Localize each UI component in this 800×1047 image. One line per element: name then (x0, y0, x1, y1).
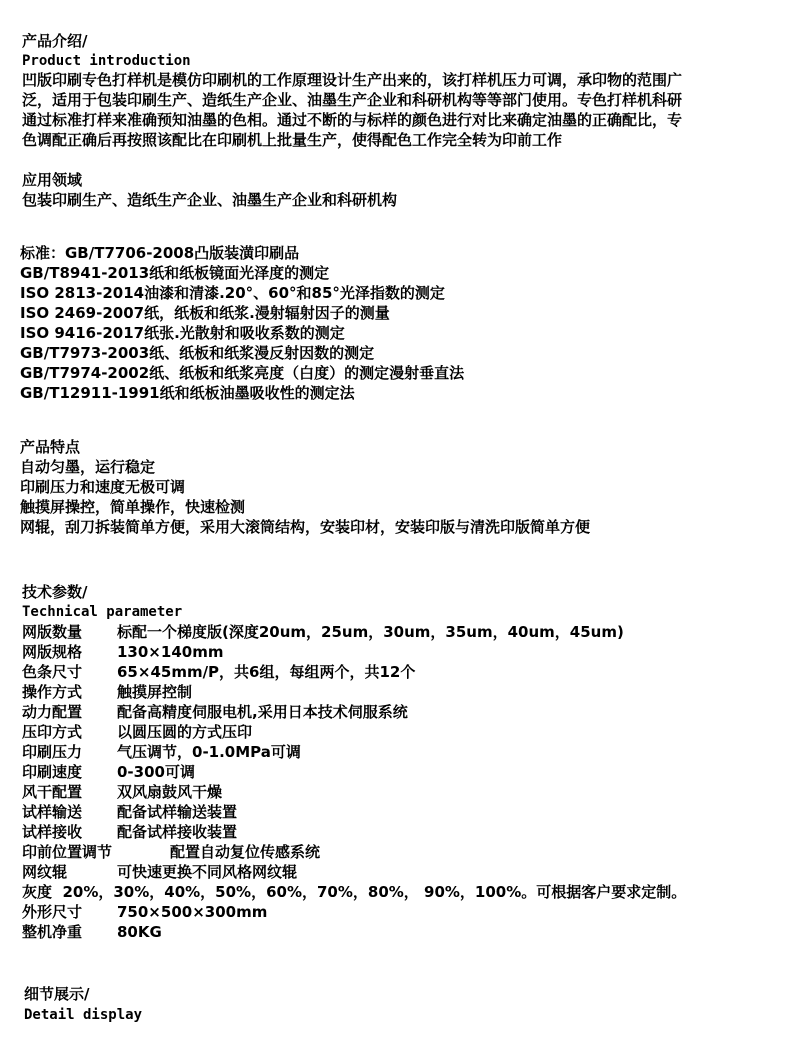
spec-row: 操作方式触摸屏控制 (22, 682, 192, 702)
spec-label: 试样输送 (22, 802, 117, 822)
spec-label: 风干配置 (22, 782, 117, 802)
spec-value: 20%，30%，40%，50%，60%，70%，80%， 90%，100%。可根… (62, 883, 686, 901)
spec-label: 外形尺寸 (22, 902, 117, 922)
spec-value: 65×45mm/P，共6组，每组两个，共12个 (117, 663, 415, 681)
spec-row: 印前位置调节配置自动复位传感系统 (22, 842, 320, 862)
spec-value: 以圆压圆的方式压印 (117, 723, 252, 741)
spec-row: 网纹辊可快速更换不同风格网纹辊 (22, 862, 297, 882)
spec-row: 色条尺寸65×45mm/P，共6组，每组两个，共12个 (22, 662, 415, 682)
spec-label: 网纹辊 (22, 862, 117, 882)
application-text: 包装印刷生产、造纸生产企业、油墨生产企业和科研机构 (22, 190, 397, 210)
intro-paragraph-line: 凹版印刷专色打样机是模仿印刷机的工作原理设计生产出来的，该打样机压力可调，承印物… (22, 70, 682, 90)
spec-row: 试样输送配备试样输送装置 (22, 802, 237, 822)
spec-row: 印刷速度0-300可调 (22, 762, 195, 782)
spec-label: 印刷速度 (22, 762, 117, 782)
detail-heading-en: Detail display (24, 1005, 142, 1025)
standard-line: ISO 9416-2017纸张.光散射和吸收系数的测定 (20, 323, 345, 343)
spec-label: 色条尺寸 (22, 662, 117, 682)
standard-line: GB/T7973-2003纸、纸板和纸浆漫反射因数的测定 (20, 343, 374, 363)
technical-heading-en: Technical parameter (22, 602, 182, 622)
application-heading: 应用领域 (22, 170, 82, 190)
spec-label: 网版规格 (22, 642, 117, 662)
spec-value: 配置自动复位传感系统 (170, 843, 320, 861)
standard-line: ISO 2469-2007纸，纸板和纸浆.漫射辐射因子的测量 (20, 303, 390, 323)
spec-row: 试样接收配备试样接收装置 (22, 822, 237, 842)
spec-row: 风干配置双风扇鼓风干燥 (22, 782, 222, 802)
spec-row: 整机净重80KG (22, 922, 162, 942)
spec-label: 灰度 (22, 883, 52, 901)
spec-label: 印刷压力 (22, 742, 117, 762)
feature-item: 印刷压力和速度无极可调 (20, 477, 185, 497)
standard-line: ISO 2813-2014油漆和清漆.20°、60°和85°光泽指数的测定 (20, 283, 445, 303)
spec-value: 气压调节，0-1.0MPa可调 (117, 743, 301, 761)
spec-row: 灰度 20%，30%，40%，50%，60%，70%，80%， 90%，100%… (22, 882, 686, 902)
spec-label: 整机净重 (22, 922, 117, 942)
feature-item: 触摸屏操控，简单操作，快速检测 (20, 497, 245, 517)
spec-row: 外形尺寸750×500×300mm (22, 902, 267, 922)
spec-value: 触摸屏控制 (117, 683, 192, 701)
feature-item: 网辊，刮刀拆装简单方便，采用大滚筒结构，安装印材，安装印版与清洗印版简单方便 (20, 517, 590, 537)
spec-value: 双风扇鼓风干燥 (117, 783, 222, 801)
spec-label: 印前位置调节 (22, 842, 170, 862)
spec-value: 130×140mm (117, 643, 223, 661)
spec-value: 80KG (117, 923, 162, 941)
spec-label: 网版数量 (22, 622, 117, 642)
intro-heading-en: Product introduction (22, 51, 191, 71)
intro-paragraph-line: 色调配正确后再按照该配比在印刷机上批量生产，使得配色工作完全转为印前工作 (22, 130, 562, 150)
intro-paragraph-line: 通过标准打样来准确预知油墨的色相。通过不断的与标样的颜色进行对比来确定油墨的正确… (22, 110, 682, 130)
spec-value: 配备试样接收装置 (117, 823, 237, 841)
spec-value: 0-300可调 (117, 763, 195, 781)
standard-line: GB/T7974-2002纸、纸板和纸浆亮度（白度）的测定漫射垂直法 (20, 363, 464, 383)
spec-label: 动力配置 (22, 702, 117, 722)
spec-label: 压印方式 (22, 722, 117, 742)
spec-row: 网版数量标配一个梯度版(深度20um，25um，30um，35um，40um，4… (22, 622, 624, 642)
spec-value: 配备高精度伺服电机,采用日本技术伺服系统 (117, 703, 408, 721)
spec-row: 网版规格130×140mm (22, 642, 223, 662)
spec-value: 可快速更换不同风格网纹辊 (117, 863, 297, 881)
spec-row: 印刷压力气压调节，0-1.0MPa可调 (22, 742, 301, 762)
spec-label: 试样接收 (22, 822, 117, 842)
detail-heading-cn: 细节展示/ (24, 984, 89, 1004)
intro-paragraph-line: 泛，适用于包装印刷生产、造纸生产企业、油墨生产企业和科研机构等等部门使用。专色打… (22, 90, 682, 110)
intro-heading-cn: 产品介绍/ (22, 31, 87, 51)
standard-line: GB/T12911-1991纸和纸板油墨吸收性的测定法 (20, 383, 355, 403)
spec-row: 压印方式以圆压圆的方式压印 (22, 722, 252, 742)
feature-item: 自动匀墨，运行稳定 (20, 457, 155, 477)
spec-value: 标配一个梯度版(深度20um，25um，30um，35um，40um，45um) (117, 623, 624, 641)
spec-label: 操作方式 (22, 682, 117, 702)
technical-heading-cn: 技术参数/ (22, 582, 87, 602)
spec-value: 750×500×300mm (117, 903, 267, 921)
standard-line: 标准：GB/T7706-2008凸版装潢印刷品 (20, 243, 299, 263)
features-heading: 产品特点 (20, 437, 80, 457)
standard-line: GB/T8941-2013纸和纸板镜面光泽度的测定 (20, 263, 329, 283)
spec-value: 配备试样输送装置 (117, 803, 237, 821)
spec-row: 动力配置配备高精度伺服电机,采用日本技术伺服系统 (22, 702, 408, 722)
